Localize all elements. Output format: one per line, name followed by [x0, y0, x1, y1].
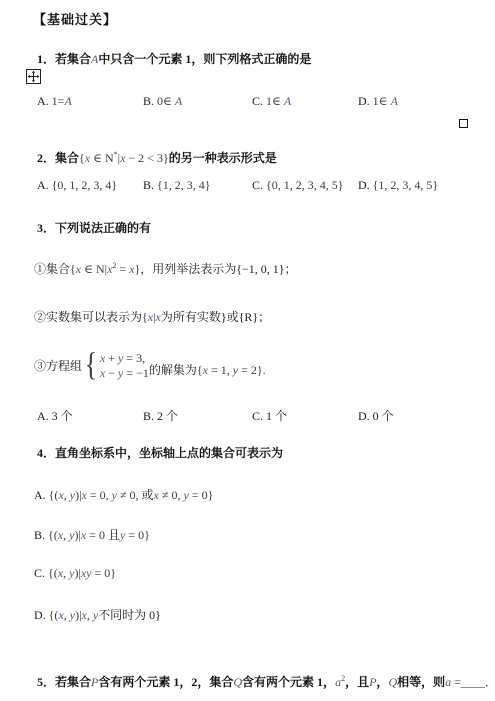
- question-1-stem: 1．若集合A中只含一个元素 1，则下列格式正确的是: [37, 50, 311, 67]
- question-3-stem: 3．下列说法正确的有: [37, 219, 151, 236]
- question-2-option-c: C. {0, 1, 2, 3, 4, 5}: [252, 178, 344, 193]
- question-3-option-d: D. 0 个: [358, 407, 394, 424]
- question-4-option-c: C. {(x, y)|xy = 0}: [34, 566, 116, 581]
- question-4-option-d: D. {(x, y)|x, y不同时为 0}: [34, 606, 161, 623]
- question-3-item-3-prefix: ③方程组: [34, 357, 82, 374]
- question-3-option-c: C. 1 个: [252, 407, 287, 424]
- question-1-option-d: D. 1∈ A: [358, 94, 398, 109]
- document-page: 【基础过关】 1．若集合A中只含一个元素 1，则下列格式正确的是 A. 1=A …: [0, 0, 495, 701]
- question-1-option-a: A. 1=A: [37, 94, 72, 109]
- question-3-option-a: A. 3 个: [37, 407, 73, 424]
- question-4-option-a: A. {(x, y)|x = 0, y ≠ 0, 或x ≠ 0, y = 0}: [34, 486, 213, 503]
- question-3-option-b: B. 2 个: [143, 407, 178, 424]
- move-handle-icon[interactable]: [26, 69, 41, 84]
- question-3-item-1: ①集合{x ∈ N|x2 = x}，用列举法表示为{−1, 0, 1}；: [34, 260, 297, 277]
- question-2-option-b: B. {1, 2, 3, 4}: [143, 178, 211, 193]
- question-1-option-b: B. 0∈ A: [143, 94, 182, 109]
- question-3-item-3: ③方程组 { x + y = 3, x − y = −1 的解集为{x = 1,…: [34, 349, 266, 382]
- system-brace: {: [85, 349, 98, 382]
- section-title-text: 【基础过关】: [33, 12, 117, 27]
- question-5-stem: 5．若集合P含有两个元素 1，2，集合Q含有两个元素 1，a2，且P，Q相等，则…: [37, 673, 495, 690]
- question-3-item-2: ②实数集可以表示为{x|x为所有实数}或{R}；: [34, 308, 270, 325]
- question-2-stem: 2．集合{x ∈ N*|x − 2 < 3}的另一种表示形式是: [37, 149, 277, 166]
- question-4-option-b: B. {(x, y)|x = 0 且y = 0}: [34, 526, 150, 543]
- section-title: 【基础过关】: [33, 9, 117, 28]
- question-2-option-d: D. {1, 2, 3, 4, 5}: [358, 178, 438, 193]
- question-1-option-c: C. 1∈ A: [252, 94, 291, 109]
- question-4-stem: 4．直角坐标系中，坐标轴上点的集合可表示为: [37, 444, 283, 461]
- equation-1: x + y = 3,: [100, 351, 149, 366]
- question-2-option-a: A. {0, 1, 2, 3, 4}: [37, 178, 117, 193]
- equation-system: x + y = 3, x − y = −1: [100, 351, 149, 381]
- resize-handle[interactable]: [459, 119, 468, 128]
- equation-2: x − y = −1: [100, 366, 149, 381]
- question-3-item-3-suffix: 的解集为{x = 1, y = 2}.: [149, 361, 266, 378]
